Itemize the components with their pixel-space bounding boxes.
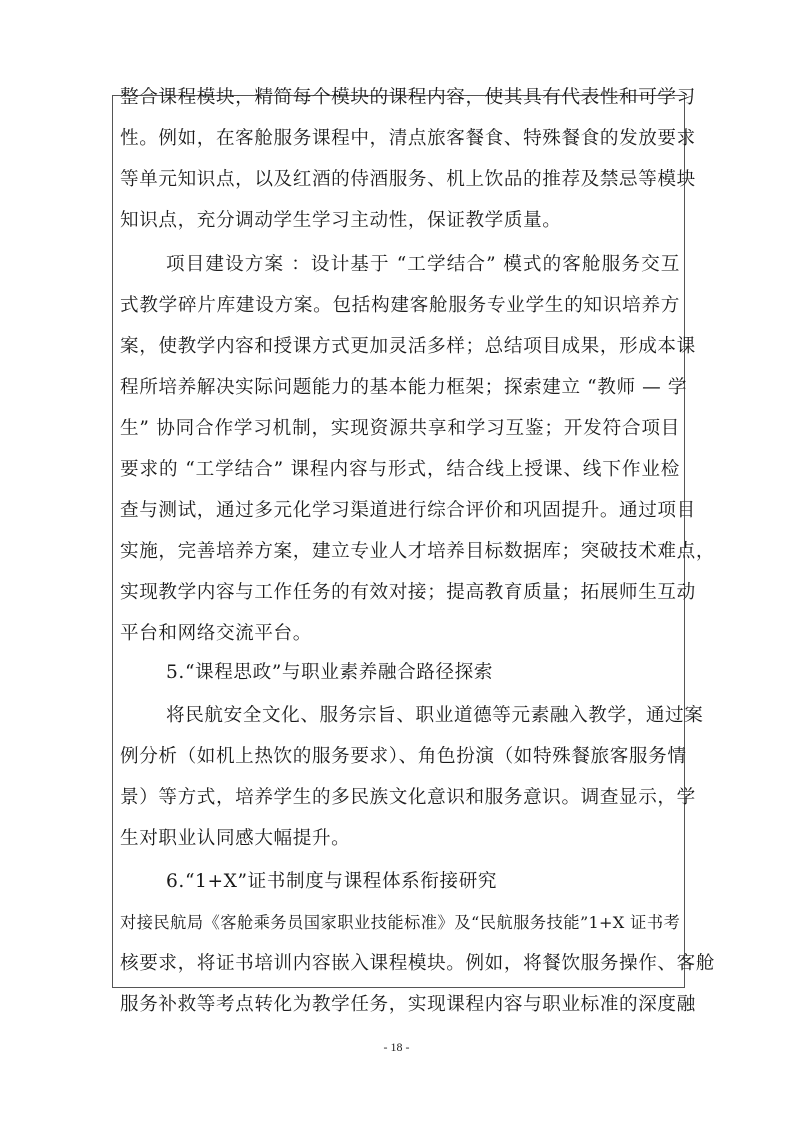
paragraph-line: 平台和网络交流平台。 — [120, 622, 680, 646]
paragraph-line: 式教学碎片库建设方案。包括构建客舱服务专业学生的知识培养方 — [120, 294, 680, 318]
paragraph-line: 项目建设方案 ：设计基于 “工学结合” 模式的客舱服务交互 — [120, 253, 680, 277]
section-heading: 5.“课程思政”与职业素养融合路径探索 — [120, 661, 680, 685]
paragraph-line: 服务补救等考点转化为教学任务，实现课程内容与职业标准的深度融 — [120, 993, 680, 1017]
paragraph-line: 整合课程模块，精简每个模块的课程内容，使其具有代表性和可学习 — [120, 86, 680, 110]
paragraph-line: 景）等方式，培养学生的多民族文化意识和服务意识。调查显示，学 — [120, 786, 680, 810]
paragraph-line: 生” 协同合作学习机制，实现资源共享和学习互鉴；开发符合项目 — [120, 417, 680, 441]
paragraph-line: 生对职业认同感大幅提升。 — [120, 827, 680, 851]
page-number: - 18 - — [0, 1040, 793, 1055]
paragraph-line: 例分析（如机上热饮的服务要求）、角色扮演（如特殊餐旅客服务情 — [120, 745, 680, 769]
paragraph-line: 查与测试，通过多元化学习渠道进行综合评价和巩固提升。通过项目 — [120, 499, 680, 523]
paragraph-line: 程所培养解决实际问题能力的基本能力框架；探索建立 “教师 — 学 — [120, 376, 680, 400]
paragraph-line: 将民航安全文化、服务宗旨、职业道德等元素融入教学，通过案 — [120, 704, 680, 728]
paragraph-line: 性。例如，在客舱服务课程中，清点旅客餐食、特殊餐食的发放要求 — [120, 127, 680, 151]
section-heading: 6.“1+X”证书制度与课程体系衔接研究 — [120, 870, 680, 894]
paragraph-line: 要求的 “工学结合” 课程内容与形式，结合线上授课、线下作业检 — [120, 458, 680, 482]
paragraph-line: 核要求，将证书培训内容嵌入课程模块。例如，将餐饮服务操作、客舱 — [120, 952, 680, 976]
paragraph-line: 对接民航局《客舱乘务员国家职业技能标准》及“民航服务技能”1+X 证书考 — [120, 911, 680, 935]
paragraph-line: 知识点，充分调动学生学习主动性，保证教学质量。 — [120, 209, 680, 233]
paragraph-line: 等单元知识点，以及红酒的侍酒服务、机上饮品的推荐及禁忌等模块 — [120, 168, 680, 192]
paragraph-line: 案，使教学内容和授课方式更加灵活多样；总结项目成果，形成本课 — [120, 335, 680, 359]
paragraph-line: 实施，完善培养方案，建立专业人才培养目标数据库；突破技术难点， — [120, 540, 680, 564]
paragraph-line: 实现教学内容与工作任务的有效对接；提高教育质量；拓展师生互动 — [120, 581, 680, 605]
